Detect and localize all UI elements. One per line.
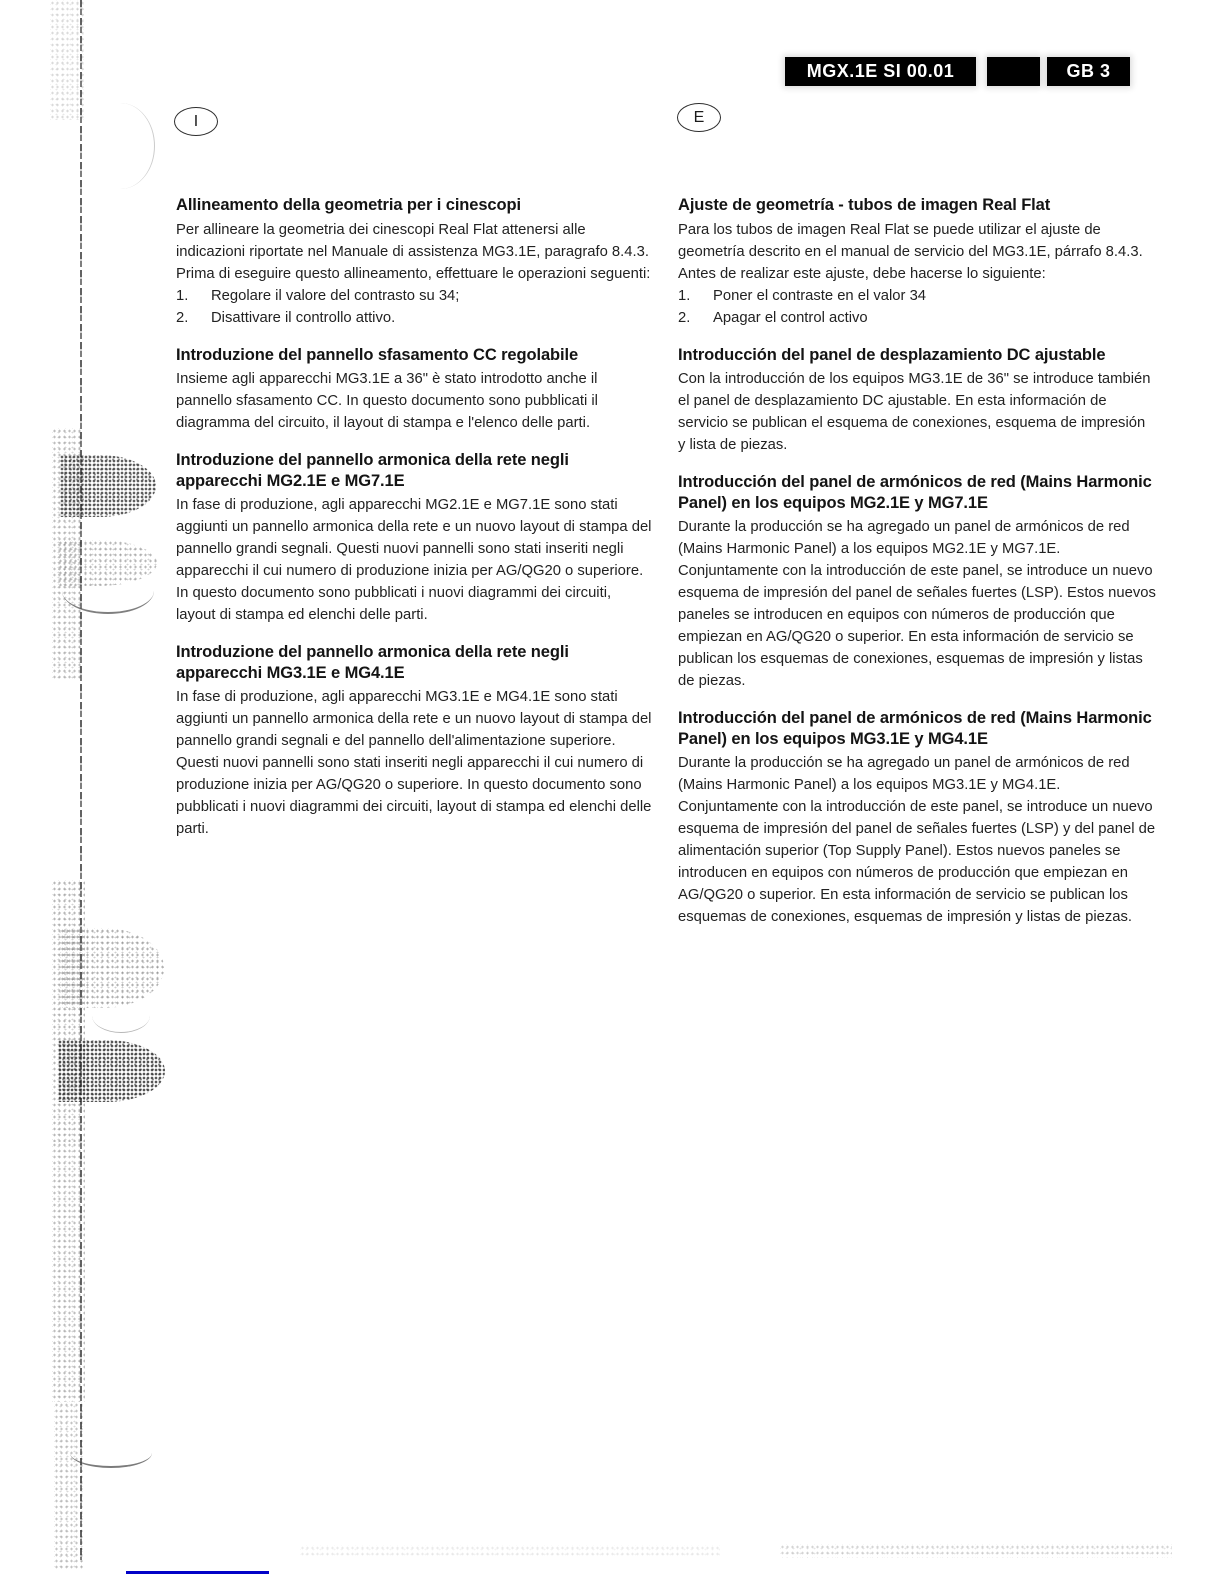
section: Introduzione del pannello armonica della… bbox=[176, 642, 654, 840]
section-body: Per allineare la geometria dei cinescopi… bbox=[176, 219, 654, 285]
column-spanish: Ajuste de geometría - tubos de imagen Re… bbox=[678, 195, 1156, 944]
section: Introducción del panel de armónicos de r… bbox=[678, 708, 1156, 928]
scan-blue-line bbox=[126, 1571, 269, 1574]
column-italian: Allineamento della geometria per i cines… bbox=[176, 195, 654, 856]
list-item-number: 1. bbox=[678, 285, 713, 307]
list-item-text: Poner el contraste en el valor 34 bbox=[713, 285, 926, 307]
blank-badge bbox=[987, 57, 1040, 86]
scan-noise-band bbox=[300, 1545, 720, 1557]
list-item: 2. Apagar el control activo bbox=[678, 307, 1156, 329]
section: Allineamento della geometria per i cines… bbox=[176, 195, 654, 329]
scan-noise-band bbox=[780, 1544, 1172, 1558]
section-heading: Introducción del panel de armónicos de r… bbox=[678, 472, 1156, 513]
section: Introduzione del pannello sfasamento CC … bbox=[176, 345, 654, 435]
language-mark-italian: I bbox=[174, 107, 218, 136]
list-item: 1. Poner el contraste en el valor 34 bbox=[678, 285, 1156, 307]
scan-speckle-strip bbox=[54, 1402, 84, 1570]
scan-speckle-strip bbox=[52, 880, 85, 1142]
section-heading: Introducción del panel de desplazamiento… bbox=[678, 345, 1156, 366]
section-heading: Allineamento della geometria per i cines… bbox=[176, 195, 654, 216]
list-item-number: 1. bbox=[176, 285, 211, 307]
section-heading: Ajuste de geometría - tubos de imagen Re… bbox=[678, 195, 1156, 216]
section: Introducción del panel de desplazamiento… bbox=[678, 345, 1156, 457]
document-page: MGX.1E SI 00.01 GB 3 I E Allineamento de… bbox=[0, 0, 1225, 1585]
doc-code-badge: MGX.1E SI 00.01 bbox=[785, 57, 976, 86]
list-item-text: Disattivare il controllo attivo. bbox=[211, 307, 395, 329]
list-item: 1. Regolare il valore del contrasto su 3… bbox=[176, 285, 654, 307]
punch-hole-blob bbox=[60, 455, 156, 517]
section-heading: Introduzione del pannello armonica della… bbox=[176, 450, 654, 491]
section-body: Durante la producción se ha agregado un … bbox=[678, 516, 1156, 692]
section-body: In fase di produzione, agli apparecchi M… bbox=[176, 686, 654, 840]
list-item: 2. Disattivare il controllo attivo. bbox=[176, 307, 654, 329]
scan-arc bbox=[86, 103, 155, 189]
list-item-number: 2. bbox=[176, 307, 211, 329]
section-body: Para los tubos de imagen Real Flat se pu… bbox=[678, 219, 1156, 285]
list-item-number: 2. bbox=[678, 307, 713, 329]
section-heading: Introduzione del pannello sfasamento CC … bbox=[176, 345, 654, 366]
section-heading: Introduzione del pannello armonica della… bbox=[176, 642, 654, 683]
language-mark-spanish: E bbox=[677, 103, 721, 132]
section-body: Con la introducción de los equipos MG3.1… bbox=[678, 368, 1156, 456]
list-item-text: Apagar el control activo bbox=[713, 307, 868, 329]
list-item-text: Regolare il valore del contrasto su 34; bbox=[211, 285, 459, 307]
punch-hole-blob bbox=[60, 928, 164, 1008]
scan-arc bbox=[70, 1438, 152, 1468]
section-body: In fase di produzione, agli apparecchi M… bbox=[176, 494, 654, 626]
scan-edge-line bbox=[80, 0, 82, 1560]
punch-hole-blob bbox=[58, 1040, 165, 1102]
scan-arc bbox=[92, 998, 150, 1033]
punch-hole-blob bbox=[58, 540, 157, 586]
scan-speckle-strip bbox=[52, 428, 83, 680]
section: Ajuste de geometría - tubos de imagen Re… bbox=[678, 195, 1156, 329]
scan-arc bbox=[62, 568, 154, 614]
section-body: Durante la producción se ha agregado un … bbox=[678, 752, 1156, 928]
scan-speckle-strip bbox=[52, 1142, 85, 1402]
section-body: Insieme agli apparecchi MG3.1E a 36" è s… bbox=[176, 368, 654, 434]
scan-speckle-strip bbox=[50, 0, 84, 120]
page-code-badge: GB 3 bbox=[1047, 57, 1130, 86]
section-heading: Introducción del panel de armónicos de r… bbox=[678, 708, 1156, 749]
section: Introducción del panel de armónicos de r… bbox=[678, 472, 1156, 692]
section: Introduzione del pannello armonica della… bbox=[176, 450, 654, 626]
